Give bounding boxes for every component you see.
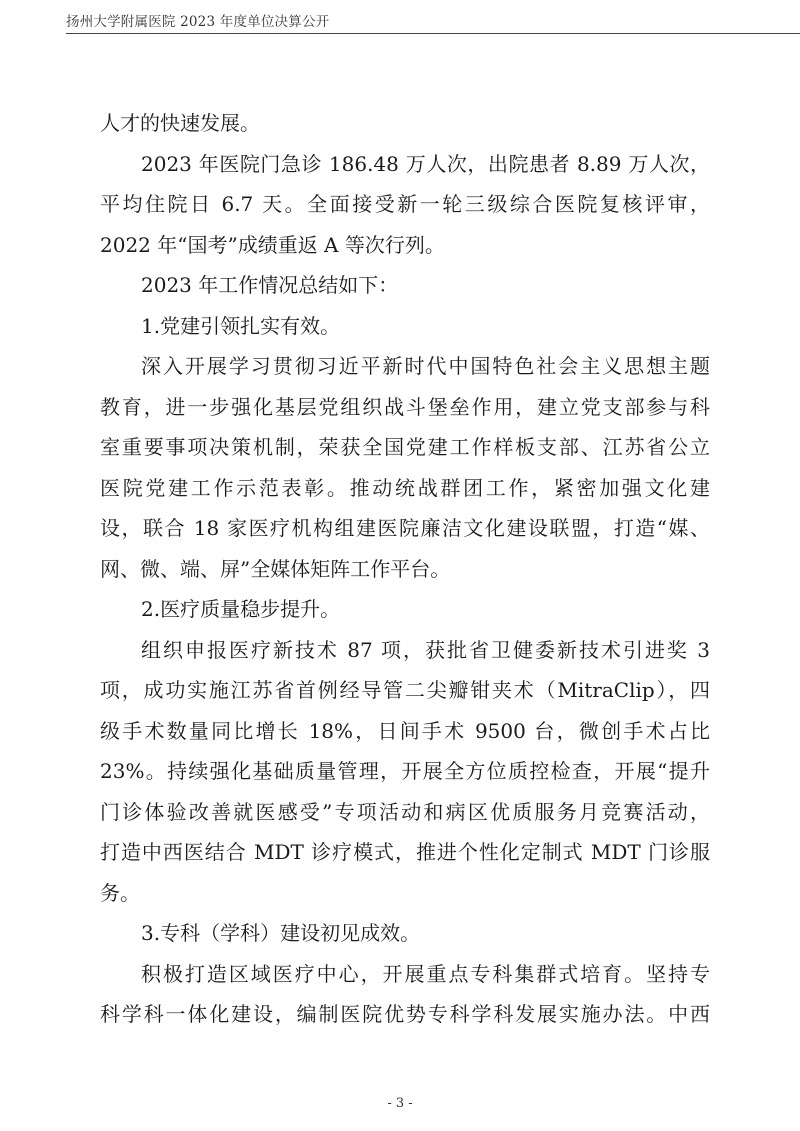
text-line: 级手术数量同比增长 18%，日间手术 9500 台，微创手术占比 (100, 711, 710, 752)
page-number: - 3 - (0, 1096, 800, 1111)
running-header: 扬州大学附属医院 2023 年度单位决算公开 (66, 10, 800, 34)
text-line: 23%。持续强化基础质量管理，开展全方位质控检查，开展“提升 (100, 751, 710, 792)
text-line: 室重要事项决策机制，荣获全国党建工作样板支部、江苏省公立 (100, 427, 710, 468)
text-line: 2.医疗质量稳步提升。 (100, 589, 710, 630)
text-line: 教育，进一步强化基层党组织战斗堡垒作用，建立党支部参与科 (100, 387, 710, 428)
text-line: 打造中西医结合 MDT 诊疗模式，推进个性化定制式 MDT 门诊服 (100, 832, 710, 873)
text-line: 务。 (100, 873, 710, 914)
text-line: 积极打造区域医疗中心，开展重点专科集群式培育。坚持专 (100, 954, 710, 995)
text-line: 设，联合 18 家医疗机构组建医院廉洁文化建设联盟，打造“媒、 (100, 508, 710, 549)
text-line: 人才的快速发展。 (100, 103, 710, 144)
text-line: 3.专科（学科）建设初见成效。 (100, 913, 710, 954)
text-line: 2022 年“国考”成绩重返 A 等次行列。 (100, 225, 710, 266)
text-line: 2023 年医院门急诊 186.48 万人次，出院患者 8.89 万人次， (100, 144, 710, 185)
text-line: 项，成功实施江苏省首例经导管二尖瓣钳夹术（MitraClip），四 (100, 670, 710, 711)
document-body: 人才的快速发展。2023 年医院门急诊 186.48 万人次，出院患者 8.89… (100, 103, 710, 1035)
text-line: 门诊体验改善就医感受”专项活动和病区优质服务月竞赛活动， (100, 792, 710, 833)
text-line: 网、微、端、屏”全媒体矩阵工作平台。 (100, 549, 710, 590)
text-line: 1.党建引领扎实有效。 (100, 306, 710, 347)
text-line: 组织申报医疗新技术 87 项，获批省卫健委新技术引进奖 3 (100, 630, 710, 671)
text-line: 深入开展学习贯彻习近平新时代中国特色社会主义思想主题 (100, 346, 710, 387)
text-line: 医院党建工作示范表彰。推动统战群团工作，紧密加强文化建 (100, 468, 710, 509)
text-line: 平均住院日 6.7 天。全面接受新一轮三级综合医院复核评审， (100, 184, 710, 225)
text-line: 科学科一体化建设，编制医院优势专科学科发展实施办法。中西 (100, 994, 710, 1035)
text-line: 2023 年工作情况总结如下： (100, 265, 710, 306)
